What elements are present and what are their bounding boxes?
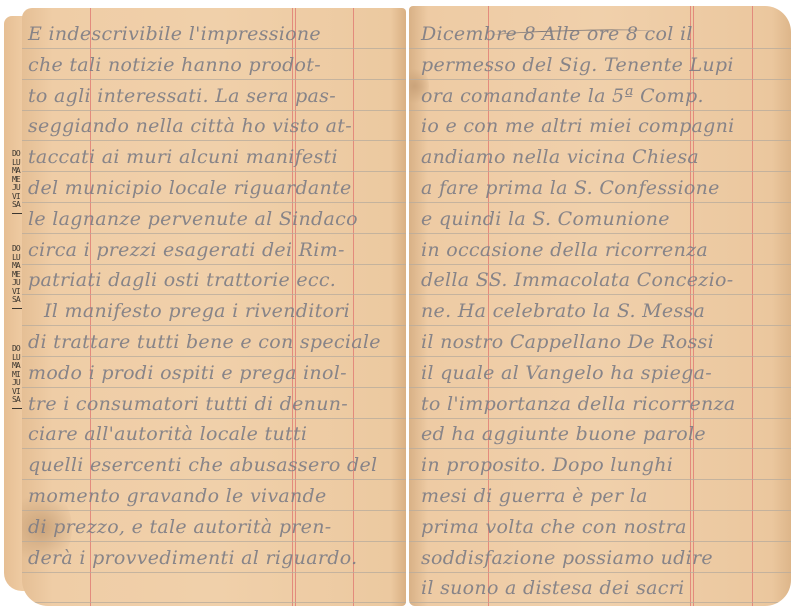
ruled-line: [22, 233, 406, 234]
ruled-line: [409, 418, 791, 419]
ruled-line: [409, 79, 791, 80]
ruled-line: [22, 479, 406, 480]
handwritten-line: ed ha aggiunte buone parole: [421, 423, 706, 445]
handwritten-line: prima volta che con nostra: [421, 516, 687, 538]
margin-line: [353, 8, 354, 606]
ruled-line: [409, 479, 791, 480]
ruled-line: [409, 387, 791, 388]
handwritten-line: Il manifesto prega i rivenditori: [44, 300, 350, 322]
handwritten-line: del municipio locale riguardante: [28, 177, 352, 199]
ruled-line: [409, 110, 791, 111]
handwritten-line: Dicembre 8 Alle ore 8 col il: [421, 23, 693, 45]
handwritten-line: che tali notizie hanno prodot-: [28, 54, 321, 76]
handwritten-line: il suono a distesa dei sacri: [421, 577, 685, 599]
handwritten-line: tre i consumatori tutti di denun-: [28, 393, 348, 415]
handwritten-line: a fare prima la S. Confessione: [421, 177, 720, 199]
handwritten-line: di trattare tutti bene e con speciale: [28, 331, 381, 353]
handwritten-line: e quindi la S. Comunione: [421, 208, 670, 230]
ruled-line: [22, 79, 406, 80]
handwritten-line: di prezzo, e tale autorità pren-: [28, 516, 331, 538]
ruled-line: [409, 510, 791, 511]
handwritten-line: della SS. Immacolata Concezio-: [421, 269, 733, 291]
handwritten-line: seggiando nella città ho visto at-: [28, 115, 352, 137]
ruled-line: [409, 48, 791, 49]
ruled-line: [22, 110, 406, 111]
ruled-line: [22, 264, 406, 265]
ruled-line: [22, 418, 406, 419]
ruled-line: [409, 602, 791, 603]
ruled-line: [22, 448, 406, 449]
ruled-line: [22, 294, 406, 295]
handwritten-line: E indescrivibile l'impressione: [28, 23, 321, 45]
ruled-line: [22, 356, 406, 357]
handwritten-line: in proposito. Dopo lunghi: [421, 454, 673, 476]
ruled-line: [22, 572, 406, 573]
handwritten-line: to agli interessati. La sera pas-: [28, 85, 336, 107]
handwritten-line: il nostro Cappellano De Rossi: [421, 331, 714, 353]
handwritten-line: in occasione della ricorrenza: [421, 239, 708, 261]
handwritten-line: permesso del Sig. Tenente Lupi: [421, 54, 734, 76]
ruled-line: [22, 48, 406, 49]
handwritten-line: ciare all'autorità locale tutti: [28, 423, 307, 445]
handwritten-line: momento gravando le vivande: [28, 485, 327, 507]
ruled-line: [409, 572, 791, 573]
handwritten-line: mesi di guerra è per la: [421, 485, 648, 507]
notebook-spread: DOLUMAMEJUVISA DOLUMAMEJUVISA DOLUMAMIJU…: [0, 0, 800, 611]
ruled-line: [22, 387, 406, 388]
handwritten-line: andiamo nella vicina Chiesa: [421, 146, 699, 168]
handwritten-line: to l'importanza della ricorrenza: [421, 393, 736, 415]
ruled-line: [409, 264, 791, 265]
ruled-line: [409, 233, 791, 234]
ruled-line: [409, 140, 791, 141]
ruled-line: [22, 325, 406, 326]
ruled-line: [409, 356, 791, 357]
handwritten-line: derà i provvedimenti al riguardo.: [28, 547, 357, 569]
ruled-line: [22, 140, 406, 141]
ruled-line: [22, 541, 406, 542]
handwritten-line: modo i prodi ospiti e prega inol-: [28, 362, 347, 384]
handwritten-line: quelli esercenti che abusassero del: [28, 454, 377, 476]
ruled-line: [22, 510, 406, 511]
ruled-line: [409, 202, 791, 203]
ruled-line: [409, 171, 791, 172]
margin-line: [752, 6, 753, 606]
ruled-line: [409, 541, 791, 542]
left-page: E indescrivibile l'impressioneche tali n…: [22, 8, 406, 606]
ruled-line: [409, 448, 791, 449]
ruled-line: [22, 171, 406, 172]
handwritten-line: circa i prezzi esagerati dei Rim-: [28, 239, 345, 261]
right-page: Dicembre 8 Alle ore 8 col ilpermesso del…: [409, 6, 791, 606]
handwritten-line: ora comandante la 5ª Comp.: [421, 85, 704, 107]
handwritten-line: il quale al Vangelo ha spiega-: [421, 362, 712, 384]
handwritten-line: patriati dagli osti trattorie ecc.: [28, 269, 336, 291]
handwritten-line: ne. Ha celebrato la S. Messa: [421, 300, 705, 322]
handwritten-line: io e con me altri miei compagni: [421, 115, 735, 137]
handwritten-line: le lagnanze pervenute al Sindaco: [28, 208, 358, 230]
ruled-line: [409, 325, 791, 326]
handwritten-line: soddisfazione possiamo udire: [421, 547, 713, 569]
ruled-line: [409, 294, 791, 295]
handwritten-line: taccati ai muri alcuni manifesti: [28, 146, 338, 168]
ruled-line: [22, 202, 406, 203]
ruled-line: [22, 602, 406, 603]
